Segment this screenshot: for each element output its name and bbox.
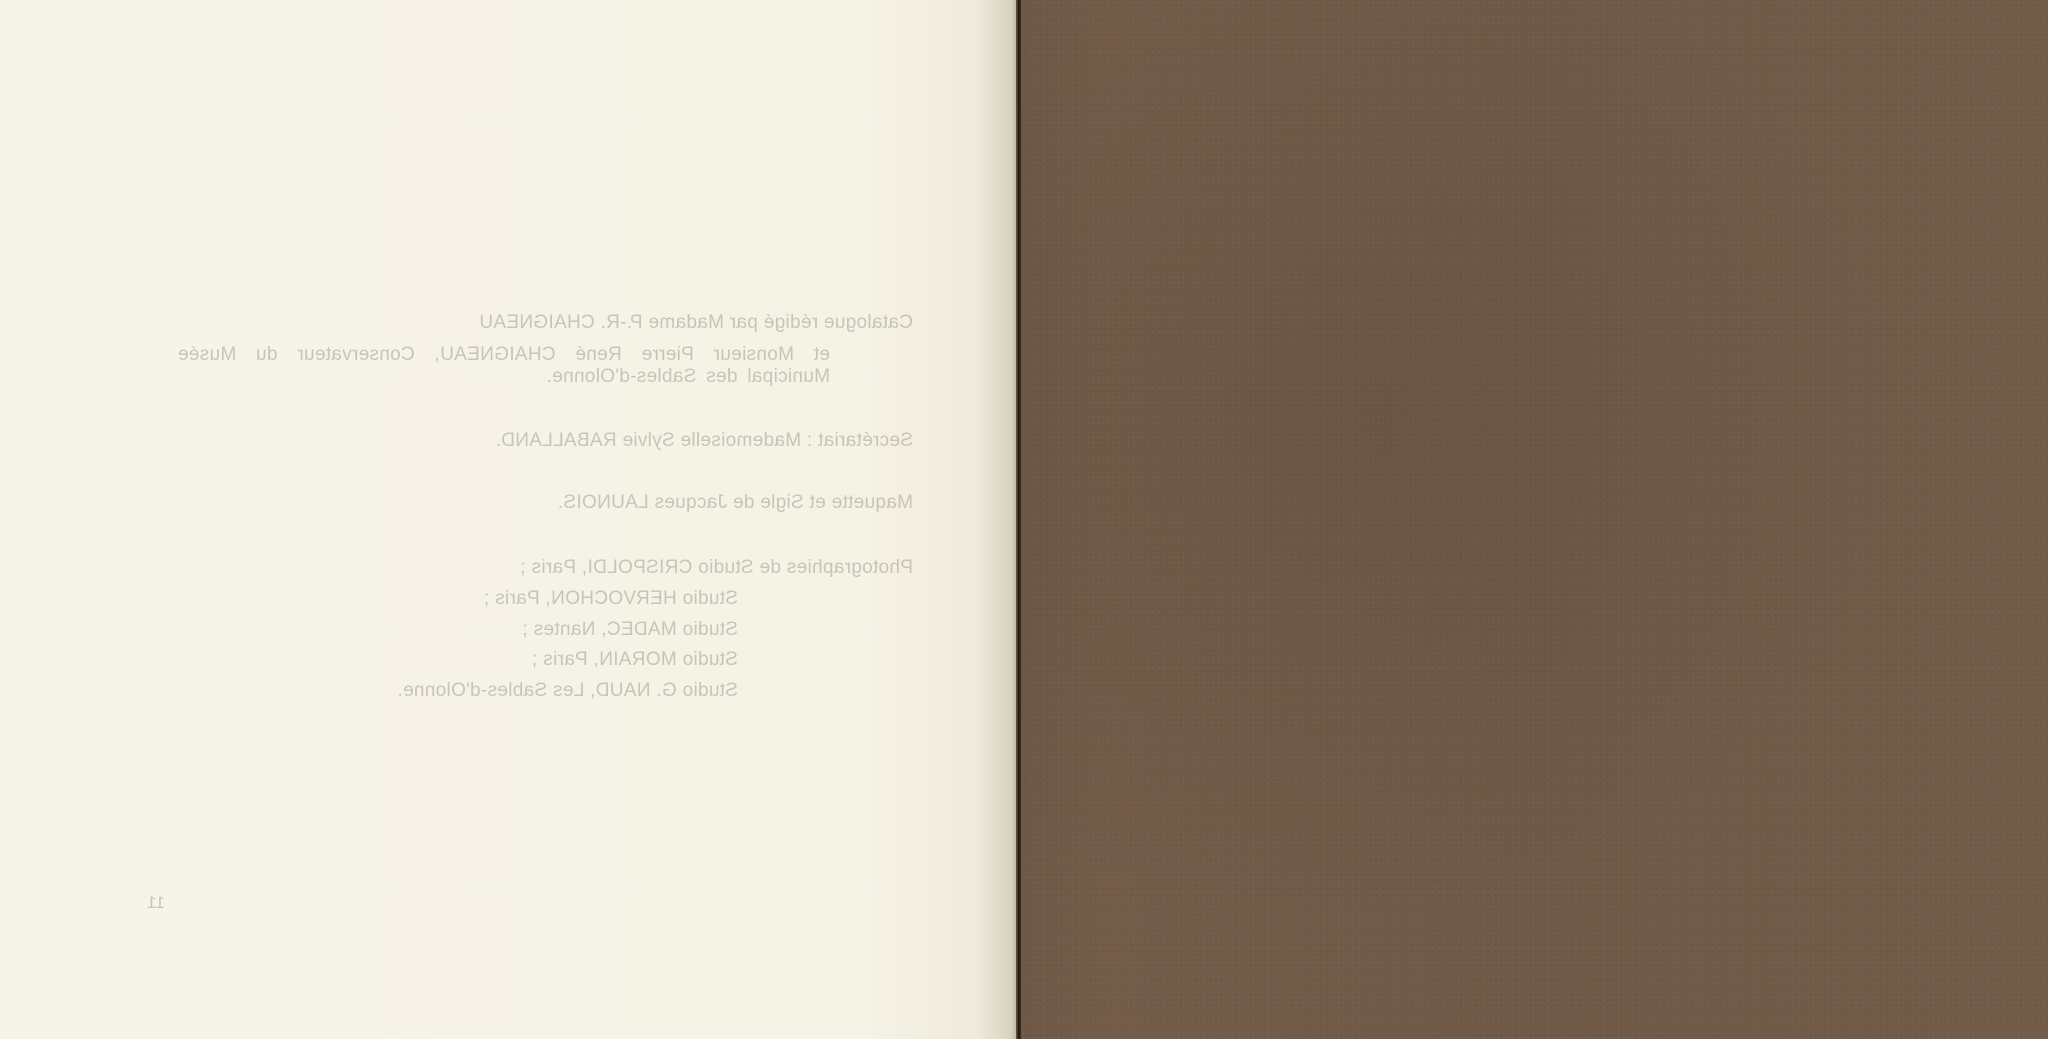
left-page: Catalogue rédigé par Madame P.-R. CHAIGN… (0, 0, 1018, 1039)
credit-catalogue-cont-2: Municipal des Sables-d'Olonne. (546, 366, 830, 388)
show-through-text: Catalogue rédigé par Madame P.-R. CHAIGN… (0, 0, 1018, 1039)
credit-studio: Studio MORAIN, Paris ; (532, 649, 738, 671)
credit-catalogue: Catalogue rédigé par Madame P.-R. CHAIGN… (479, 312, 913, 334)
credit-photographies: Photographies de Studio CRISPOLDI, Paris… (520, 557, 913, 579)
credit-studio: Studio G. NAUD, Les Sables-d'Olonne. (397, 680, 738, 702)
booklet-spread: Catalogue rédigé par Madame P.-R. CHAIGN… (0, 0, 2048, 1039)
credit-studio: Studio HERVOCHON, Paris ; (484, 588, 738, 610)
credit-maquette: Maquette et Sigle de Jacques LAUNOIS. (558, 492, 913, 514)
credit-secretariat: Secrétariat : Mademoiselle Sylvie RABALL… (495, 430, 913, 452)
right-page-brown-endpaper (1021, 0, 2048, 1039)
credit-studio: Studio MADEC, Nantes ; (522, 619, 738, 641)
page-number: 11 (147, 893, 165, 913)
credit-catalogue-cont-1: et Monsieur Pierre René CHAIGNEAU, Conse… (178, 344, 830, 366)
